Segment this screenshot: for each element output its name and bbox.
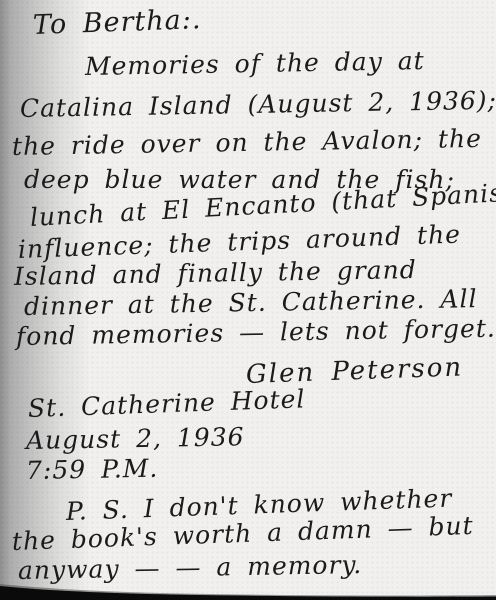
date-line: August 2, 1936 bbox=[26, 422, 245, 455]
body-line: Catalina Island (August 2, 1936); bbox=[20, 86, 496, 123]
body-line: Memories of the day at bbox=[85, 46, 425, 81]
page-bottom-edge-shadow bbox=[0, 576, 496, 600]
salutation-line: To Bertha:. bbox=[32, 4, 201, 41]
time-line: 7:59 P.M. bbox=[26, 454, 159, 485]
scanned-page: To Bertha:. Memories of the day at Catal… bbox=[0, 0, 496, 600]
